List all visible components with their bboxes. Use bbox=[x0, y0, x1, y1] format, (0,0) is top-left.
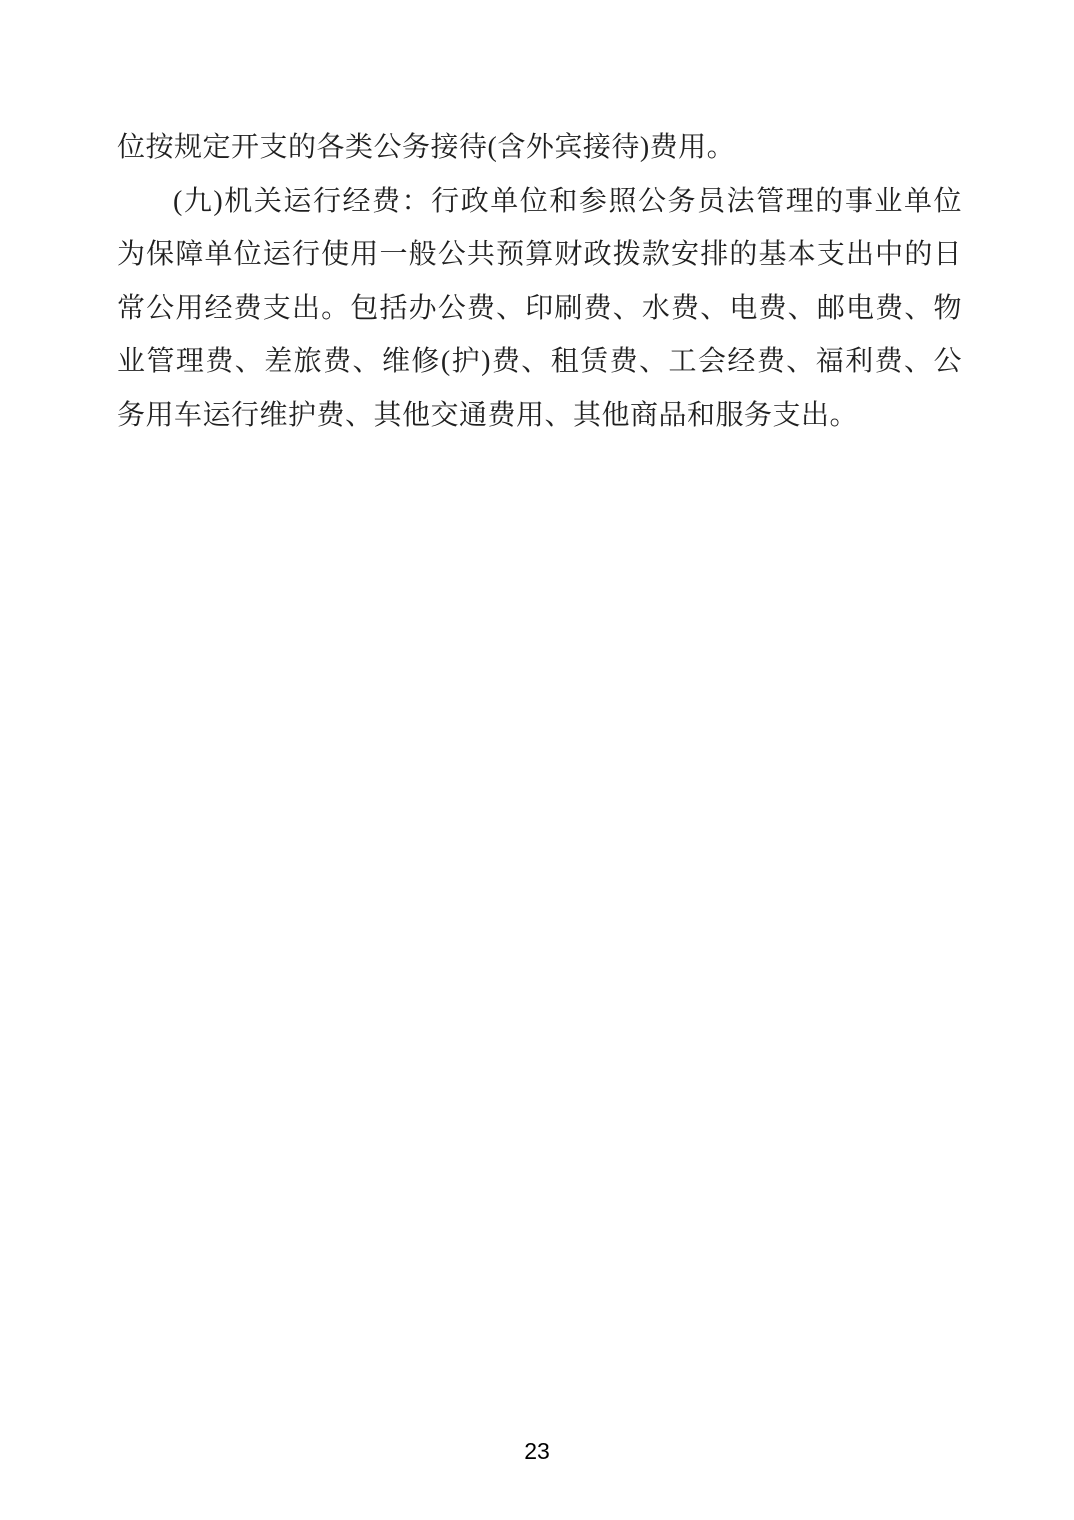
document-page: 位按规定开支的各类公务接待(含外宾接待)费用。 (九)机关运行经费：行政单位和参… bbox=[0, 0, 1074, 1520]
body-text-line: 务用车运行维护费、其他交通费用、其他商品和服务支出。 bbox=[117, 389, 962, 443]
body-text-line: 业管理费、差旅费、维修(护)费、租赁费、工会经费、福利费、公 bbox=[117, 335, 962, 389]
page-number: 23 bbox=[524, 1438, 550, 1464]
page-footer: 23 bbox=[0, 1438, 1074, 1464]
body-text-line: (九)机关运行经费：行政单位和参照公务员法管理的事业单位 bbox=[117, 175, 962, 229]
body-text-line: 位按规定开支的各类公务接待(含外宾接待)费用。 bbox=[117, 121, 962, 175]
body-text-line: 常公用经费支出。包括办公费、印刷费、水费、电费、邮电费、物 bbox=[117, 282, 962, 336]
body-text-block: 位按规定开支的各类公务接待(含外宾接待)费用。 (九)机关运行经费：行政单位和参… bbox=[117, 121, 962, 442]
body-text-line: 为保障单位运行使用一般公共预算财政拨款安排的基本支出中的日 bbox=[117, 228, 962, 282]
